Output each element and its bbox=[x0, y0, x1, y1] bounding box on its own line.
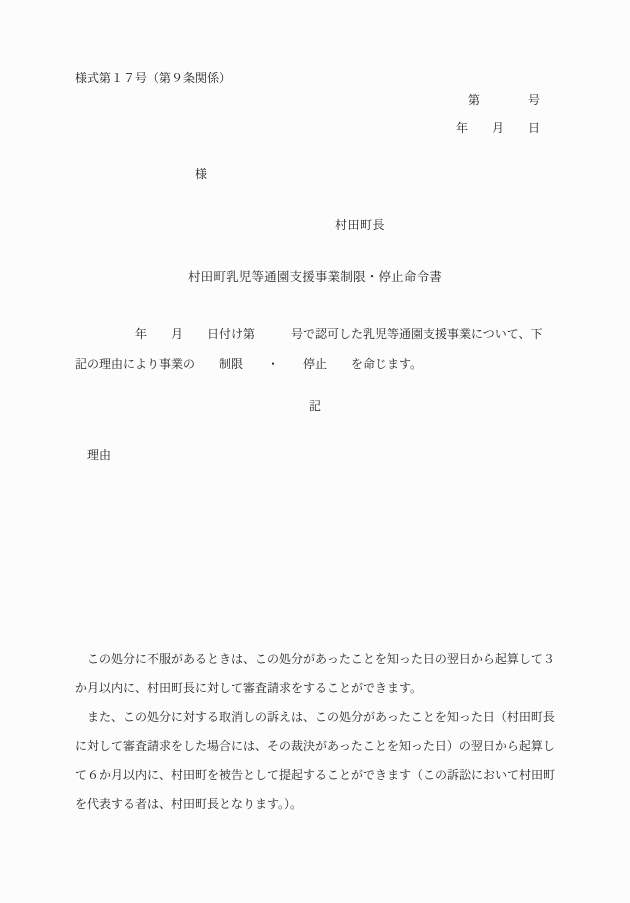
date-line: 年 月 日 bbox=[456, 121, 540, 135]
document-title: 村田町乳児等通園支援事業制限・停止命令書 bbox=[0, 270, 630, 284]
appeal-notice-line-4: に対して審査請求をした場合には、その裁決があったことを知った日）の翌日から起算し bbox=[75, 732, 575, 761]
appeal-notice-line-1: この処分に不服があるときは、この処分があったことを知った日の翌日から起算して３ bbox=[75, 645, 575, 674]
appeal-notice-paragraph: この処分に不服があるときは、この処分があったことを知った日の翌日から起算して３ … bbox=[75, 645, 575, 818]
appeal-notice-line-3: また、この処分に対する取消しの訴えは、この処分があったことを知った日（村田町長 bbox=[75, 703, 575, 732]
appeal-notice-line-5: て６か月以内に、村田町を被告として提起することができます（この訴訟において村田町 bbox=[75, 761, 575, 790]
appeal-notice-line-2: か月以内に、村田町長に対して審査請求をすることができます。 bbox=[75, 674, 575, 703]
record-marker: 記 bbox=[0, 399, 630, 413]
appeal-notice-line-6: を代表する者は、村田町長となります。）。 bbox=[75, 790, 575, 819]
addressee-honorific: 様 bbox=[195, 167, 207, 181]
order-body-paragraph: 年 月 日付け第 号で認可した乳児等通園支援事業について、下 記の理由により事業… bbox=[75, 320, 575, 379]
document-page: 様式第１７号（第９条関係） 第 号 年 月 日 様 村田町長 村田町乳児等通園支… bbox=[0, 0, 630, 903]
order-body-line-2: 記の理由により事業の 制限 ・ 停止 を命じます。 bbox=[75, 350, 575, 380]
form-number-label: 様式第１７号（第９条関係） bbox=[75, 71, 231, 85]
doc-number-line: 第 号 bbox=[468, 93, 540, 107]
order-body-line-1: 年 月 日付け第 号で認可した乳児等通園支援事業について、下 bbox=[75, 320, 575, 350]
reason-label: 理由 bbox=[75, 448, 111, 462]
issuer-name: 村田町長 bbox=[335, 218, 385, 232]
